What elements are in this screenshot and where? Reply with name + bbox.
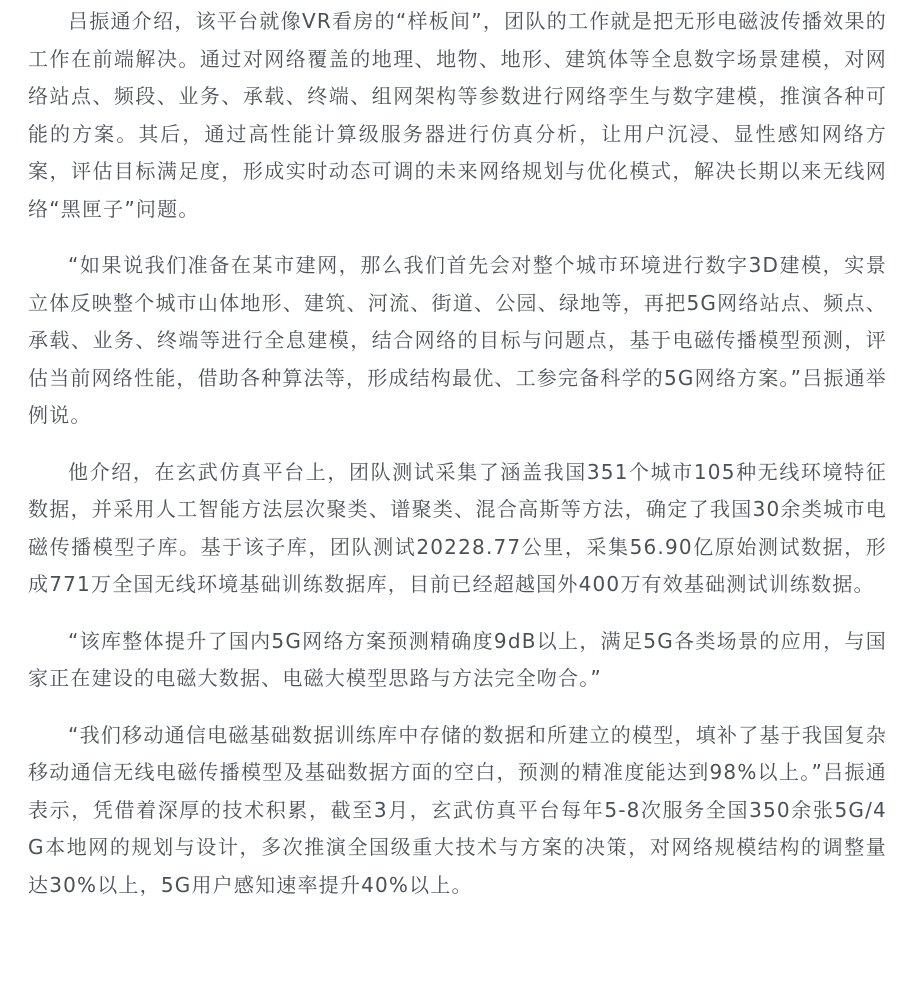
article-paragraph-5: “我们移动通信电磁基础数据训练库中存储的数据和所建立的模型，填补了基于我国复杂移…	[28, 717, 887, 905]
article-paragraph-3: 他介绍，在玄武仿真平台上，团队测试采集了涵盖我国351个城市105种无线环境特征…	[28, 454, 887, 604]
article-paragraph-1: 吕振通介绍，该平台就像VR看房的“样板间”，团队的工作就是把无形电磁波传播效果的…	[28, 3, 887, 228]
article-paragraph-4: “该库整体提升了国内5G网络方案预测精确度9dB以上，满足5G各类场景的应用，与…	[28, 623, 887, 698]
article-body: 吕振通介绍，该平台就像VR看房的“样板间”，团队的工作就是把无形电磁波传播效果的…	[0, 0, 916, 904]
article-paragraph-2: “如果说我们准备在某市建网，那么我们首先会对整个城市环境进行数字3D建模，实景立…	[28, 247, 887, 435]
